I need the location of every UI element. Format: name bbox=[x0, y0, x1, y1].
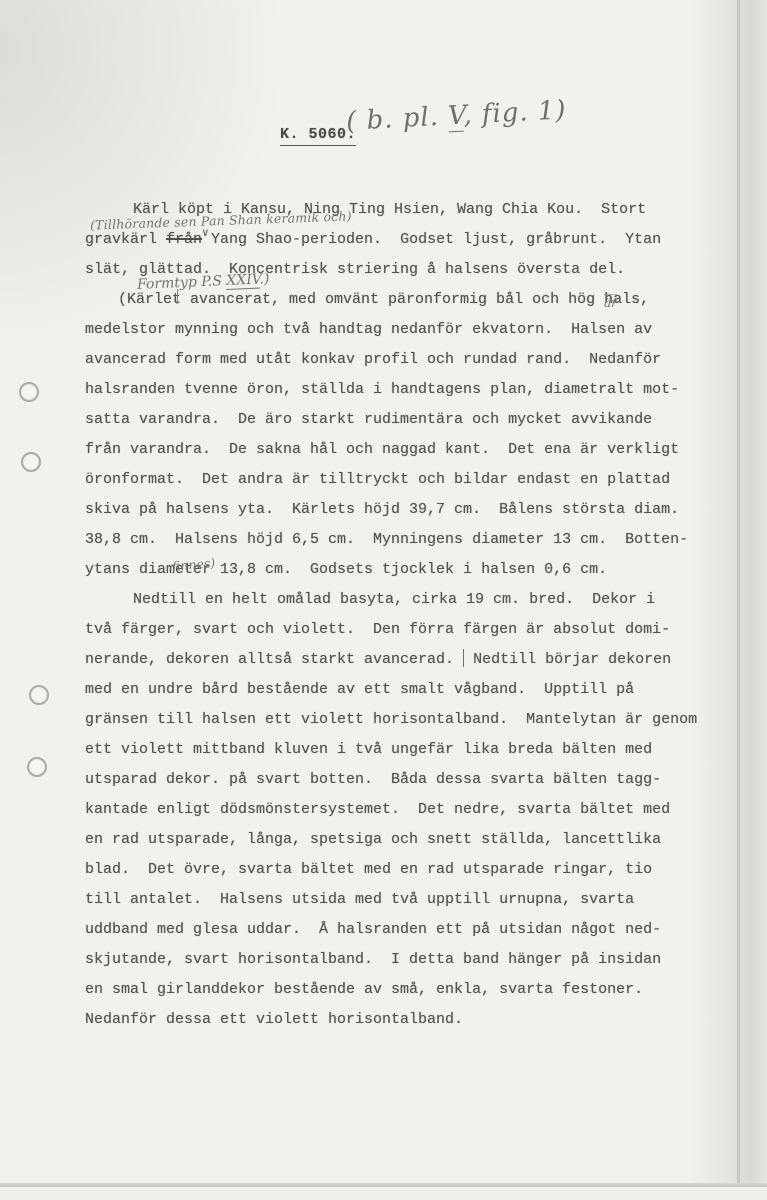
typed-line: halsranden tvenne öron, ställda i handta… bbox=[85, 375, 733, 405]
typed-line: ett violett mittband kluven i två ungefä… bbox=[85, 735, 733, 765]
typed-line: blad. Det övre, svarta bältet med en rad… bbox=[85, 855, 733, 885]
page-edge-right bbox=[737, 0, 740, 1200]
typed-line: en smal girlanddekor bestående av små, e… bbox=[85, 975, 733, 1005]
typed-line: uddband med glesa uddar. Å halsranden et… bbox=[85, 915, 733, 945]
typed-line: en rad utsparade, långa, spetsiga och sn… bbox=[85, 825, 733, 855]
catalog-number: K. 5060. bbox=[280, 126, 356, 146]
typed-line: med en undre bård bestående av ett smalt… bbox=[85, 675, 733, 705]
typed-line: gränsen till halsen ett violett horisont… bbox=[85, 705, 733, 735]
typed-line: utsparad dekor. på svart botten. Båda de… bbox=[85, 765, 733, 795]
typed-body: Kärl köpt i Kansu, Ning Ting Hsien, Wang… bbox=[85, 195, 733, 1035]
plate-ref-pre: ( b. pl. bbox=[345, 101, 449, 136]
typed-line: kantade enligt dödsmönstersystemet. Det … bbox=[85, 795, 733, 825]
line-segment: Nedtill börjar dekoren bbox=[464, 651, 671, 668]
typed-line: avancerad form med utåt konkav profil oc… bbox=[85, 345, 733, 375]
struck-word: från bbox=[166, 231, 202, 248]
punch-hole bbox=[27, 757, 47, 777]
typed-line: nerande, dekoren alltså starkt avancerad… bbox=[85, 645, 733, 675]
typed-line: från varandra. De sakna hål och naggad k… bbox=[85, 435, 733, 465]
formtyp-close: .) bbox=[259, 271, 270, 287]
handwritten-ar-insertion: är bbox=[604, 294, 617, 310]
typed-line: 38,8 cm. Halsens höjd 6,5 cm. Mynningens… bbox=[85, 525, 733, 555]
typed-line: öronformat. Det andra är tilltryckt och … bbox=[85, 465, 733, 495]
scanned-page: K. 5060. ( b. pl. V, fig. 1) Kärl köpt i… bbox=[0, 0, 767, 1200]
punch-hole bbox=[29, 685, 49, 705]
typed-line: skiva på halsens yta. Kärlets höjd 39,7 … bbox=[85, 495, 733, 525]
typed-line: gravkärl från∨ Yang Shao-perioden. Godse… bbox=[85, 225, 733, 255]
line-segment: Yang Shao-perioden. Godset ljust, gråbru… bbox=[202, 231, 661, 248]
typed-line: Nedanför dessa ett violett horisontalban… bbox=[85, 1005, 733, 1035]
line-segment: nerande, dekoren alltså starkt avancerad… bbox=[85, 651, 463, 668]
typed-line: medelstor mynning och två handtag nedanf… bbox=[85, 315, 733, 345]
scanner-background bbox=[0, 1187, 767, 1200]
typed-line: satta varandra. De äro starkt rudimentär… bbox=[85, 405, 733, 435]
formtyp-roman-numeral: XXIV bbox=[226, 272, 260, 290]
typed-line: två färger, svart och violett. Den förra… bbox=[85, 615, 733, 645]
punch-hole bbox=[19, 382, 39, 402]
typed-line: skjutande, svart horisontalband. I detta… bbox=[85, 945, 733, 975]
handwritten-plate-reference: ( b. pl. V, fig. 1) bbox=[345, 95, 567, 137]
typed-line: till antalet. Halsens utsida med två upp… bbox=[85, 885, 733, 915]
typed-line: Nedtill en helt omålad basyta, cirka 19 … bbox=[85, 585, 733, 615]
plate-ref-post: , fig. 1) bbox=[463, 95, 568, 130]
page-edge-bottom bbox=[0, 1183, 767, 1187]
line-segment: gravkärl bbox=[85, 231, 166, 248]
punch-hole bbox=[21, 452, 41, 472]
